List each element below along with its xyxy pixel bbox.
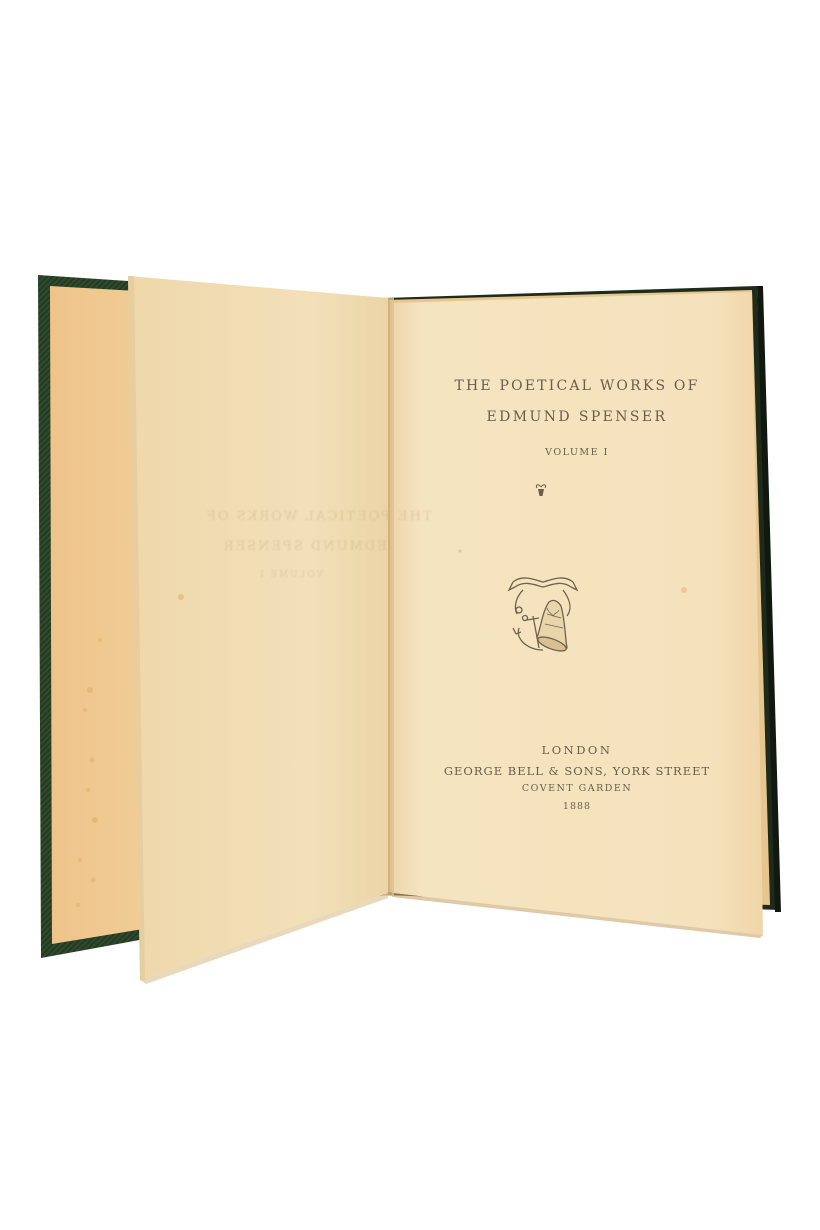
imprint-year: 1888: [392, 801, 762, 812]
imprint-publisher: GEORGE BELL & SONS, YORK STREET: [392, 764, 762, 778]
flyleaf: [128, 276, 388, 984]
book-photo: THE POETICAL WORKS OF EDMUND SPENSER VOL…: [0, 0, 820, 1230]
imprint-district: COVENT GARDEN: [392, 783, 762, 794]
title-line-2: EDMUND SPENSER: [392, 409, 762, 425]
title-line-1: THE POETICAL WORKS OF: [392, 378, 762, 394]
book-illustration: [0, 0, 820, 1230]
flyleaf-bleed-line-2: EDMUND SPENSER: [222, 539, 387, 554]
flyleaf-bleed-line-3: VOLUME I: [258, 570, 323, 580]
flyleaf-bleed-line-1: THE POETICAL WORKS OF: [205, 509, 432, 524]
volume-label: VOLUME I: [392, 447, 762, 458]
imprint-city: LONDON: [392, 743, 762, 757]
